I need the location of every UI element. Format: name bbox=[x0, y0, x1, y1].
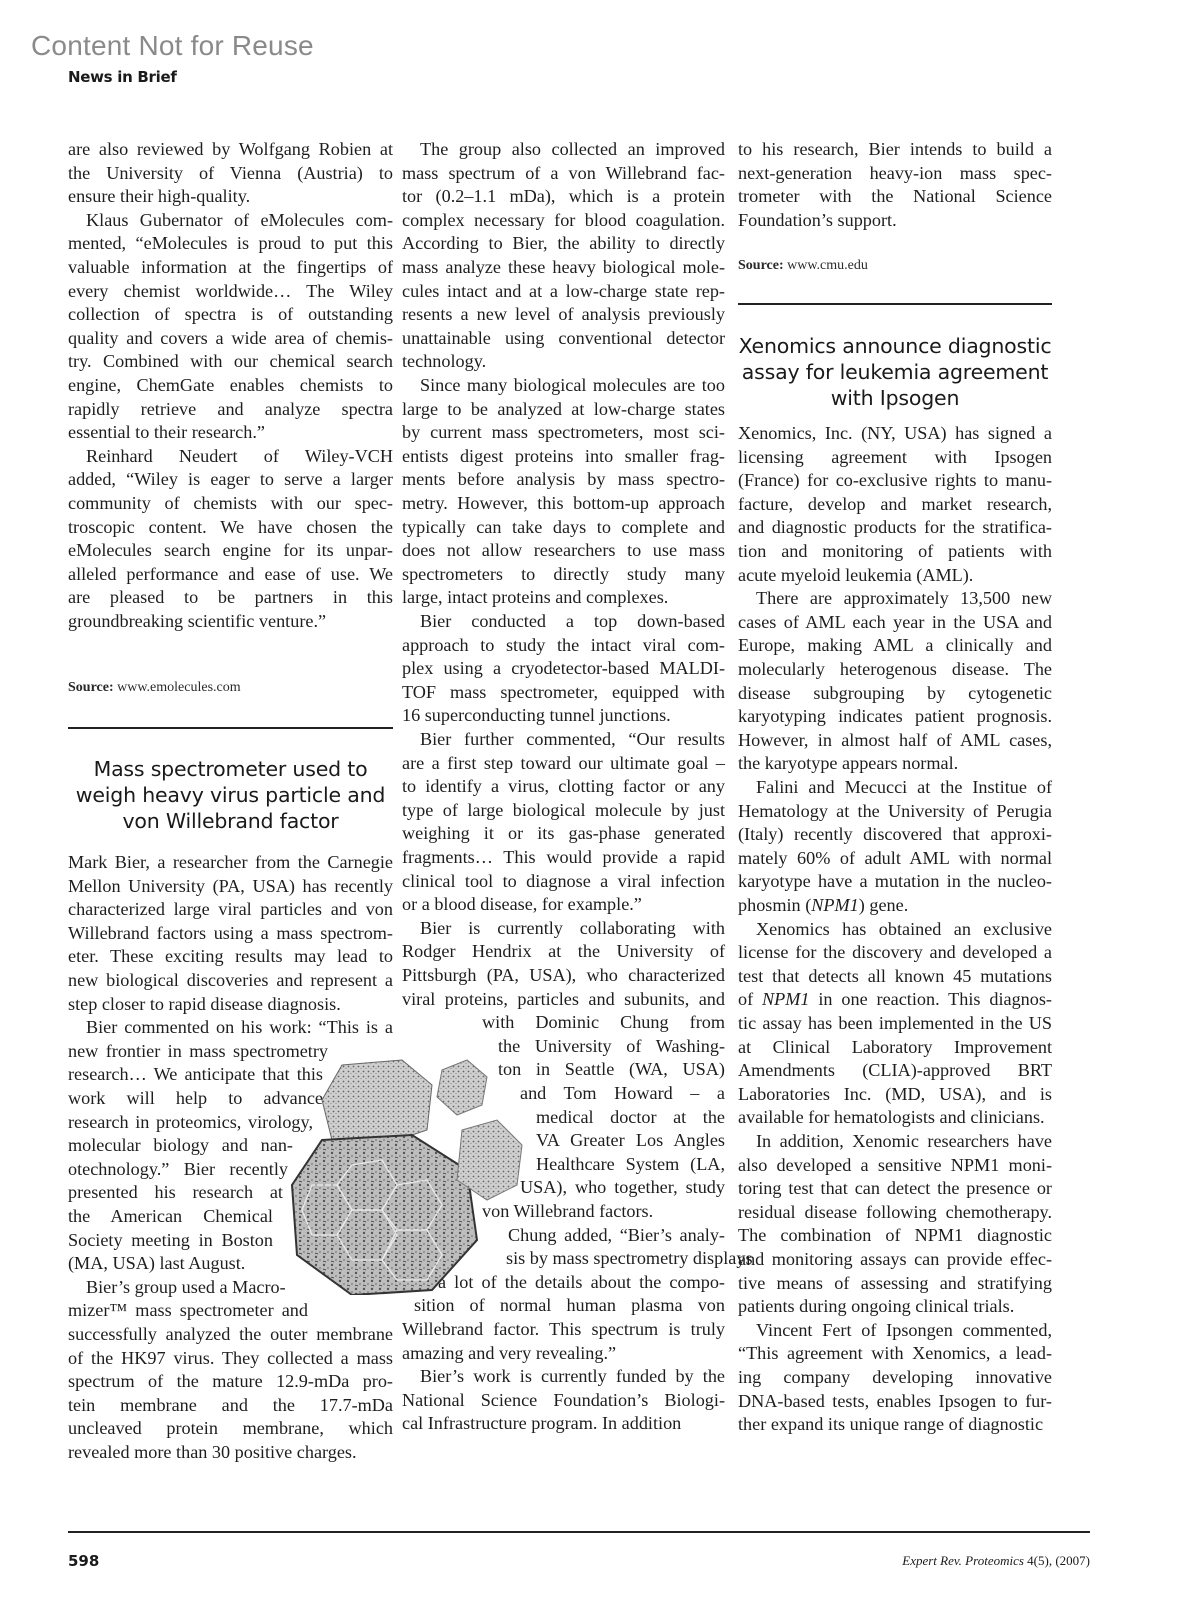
text-line: The group also collected an improved bbox=[420, 137, 725, 161]
text-line: Vincent Fert of Ipsongen commented, bbox=[756, 1318, 1052, 1342]
text-line: tein membrane and the 17.7-mDa bbox=[68, 1393, 393, 1417]
text-line: Since many biological molecules are too bbox=[420, 373, 725, 397]
text-line: large to be analyzed at low-charge state… bbox=[402, 397, 725, 421]
text-line: VA Greater Los Angles bbox=[536, 1128, 725, 1152]
text-line: (Italy) recently discovered that approxi… bbox=[738, 822, 1052, 846]
text-line: eMolecules search engine for its unpar- bbox=[68, 538, 393, 562]
text-line: Europe, making AML a clinically and bbox=[738, 633, 1052, 657]
text-line: every chemist worldwide… The Wiley bbox=[68, 279, 393, 303]
text-line: sition of normal human plasma von bbox=[414, 1293, 725, 1317]
virus-particles-illustration bbox=[282, 1055, 537, 1295]
text-line: tic assay has been implemented in the US bbox=[738, 1011, 1052, 1035]
divider bbox=[68, 727, 393, 729]
journal-citation: Expert Rev. Proteomics 4(5), (2007) bbox=[902, 1553, 1090, 1569]
text-line: and monitoring assays can provide effec- bbox=[738, 1247, 1052, 1271]
text-line: ton in Seattle (WA, USA) bbox=[498, 1057, 725, 1081]
text-line: viral proteins, particles and subunits, … bbox=[402, 987, 725, 1011]
text-line: resents a new level of analysis previous… bbox=[402, 302, 725, 326]
page-number: 598 bbox=[68, 1552, 99, 1570]
text-line: community of chemists with our spec- bbox=[68, 491, 393, 515]
text-line: are pleased to be partners in this bbox=[68, 585, 393, 609]
text-line: uncleaved protein membrane, which bbox=[68, 1416, 393, 1440]
text-line: essential to their research.” bbox=[68, 420, 393, 444]
text-line: TOF mass spectrometer, equipped with bbox=[402, 680, 725, 704]
text-line: Laboratories Inc. (MD, USA), and is bbox=[738, 1082, 1052, 1106]
text-line: try. Combined with our chemical search bbox=[68, 349, 393, 373]
text-line: available for hematologists and clinicia… bbox=[738, 1105, 1052, 1129]
text-line: with Dominic Chung from bbox=[482, 1010, 725, 1034]
text-line: quality and covers a wide area of chemis… bbox=[68, 326, 393, 350]
text-line: tive means of assessing and stratifying bbox=[738, 1271, 1052, 1295]
text-line: engine, ChemGate enables chemists to bbox=[68, 373, 393, 397]
headline-line: Xenomics announce diagnostic bbox=[738, 333, 1052, 359]
text-line: molecularly heterogenous disease. The bbox=[738, 657, 1052, 681]
text-line: cases of AML each year in the USA and bbox=[738, 610, 1052, 634]
text-line: type of large biological molecule by jus… bbox=[402, 798, 725, 822]
text-line: plex using a cryodetector-based MALDI- bbox=[402, 656, 725, 680]
text-line: toring test that can detect the presence… bbox=[738, 1176, 1052, 1200]
text-line: DNA-based tests, enables Ipsogen to fur- bbox=[738, 1389, 1052, 1413]
text-line: (France) for co-exclusive rights to manu… bbox=[738, 468, 1052, 492]
headline-line: Mass spectrometer used to bbox=[68, 756, 393, 782]
headline-line: weigh heavy virus particle and bbox=[68, 782, 393, 808]
text-line: Xenomics, Inc. (NY, USA) has signed a bbox=[738, 421, 1052, 445]
text-line: added, “Wiley is eager to serve a larger bbox=[68, 467, 393, 491]
text-line: the University of Vienna (Austria) to bbox=[68, 161, 393, 185]
text-line: However, in almost half of AML cases, bbox=[738, 728, 1052, 752]
text-line: and diagnostic products for the stratifi… bbox=[738, 515, 1052, 539]
text-line: Rodger Hendrix at the University of bbox=[402, 939, 725, 963]
text-line: cules intact and at a low-charge state r… bbox=[402, 279, 725, 303]
text-line: Healthcare System (LA, bbox=[536, 1152, 725, 1176]
text-line: rapidly retrieve and analyze spectra bbox=[68, 397, 393, 421]
divider bbox=[738, 303, 1052, 305]
text-line: von Willebrand factors. bbox=[482, 1199, 725, 1223]
source-link[interactable]: www.emolecules.com bbox=[117, 680, 241, 695]
source-link[interactable]: www.cmu.edu bbox=[787, 258, 868, 273]
text-line: research in proteomics, virology, bbox=[68, 1110, 313, 1134]
text-line: spectrometers to directly study many bbox=[402, 562, 725, 586]
text-line: tion and monitoring of patients with bbox=[738, 539, 1052, 563]
text-line: residual disease following chemotherapy. bbox=[738, 1200, 1052, 1224]
text-line: Falini and Mecucci at the Institue of bbox=[756, 775, 1052, 799]
text-line: 16 superconducting tunnel junctions. bbox=[402, 703, 725, 727]
text-line: weighing it or its gas-phase generated bbox=[402, 821, 725, 845]
text-line: Mark Bier, a researcher from the Carnegi… bbox=[68, 850, 393, 874]
text-line: spectrum of the mature 12.9-mDa pro- bbox=[68, 1369, 393, 1393]
text-line: are a first step toward our ultimate goa… bbox=[402, 751, 725, 775]
text-line: otechnology.” Bier recently bbox=[68, 1157, 288, 1181]
text-line: a lot of the details about the compo- bbox=[438, 1270, 725, 1294]
text-line: cal Infrastructure program. In addition bbox=[402, 1411, 725, 1435]
text-line: Pittsburgh (PA, USA), who characterized bbox=[402, 963, 725, 987]
text-line: at Clinical Laboratory Improvement bbox=[738, 1035, 1052, 1059]
text-line: troscopic content. We have chosen the bbox=[68, 515, 393, 539]
text-line: Amendments (CLIA)-approved BRT bbox=[738, 1058, 1052, 1082]
text-line: amazing and very revealing.” bbox=[402, 1341, 725, 1365]
text-line: technology. bbox=[402, 349, 725, 373]
text-line: The combination of NPM1 diagnostic bbox=[738, 1223, 1052, 1247]
text-line: karyotyping indicates patient prognosis. bbox=[738, 704, 1052, 728]
text-line: Foundation’s support. bbox=[738, 208, 1052, 232]
text-line: and Tom Howard – a bbox=[520, 1081, 725, 1105]
text-line: Klaus Gubernator of eMolecules com- bbox=[86, 208, 393, 232]
source-label: Source: bbox=[68, 680, 114, 695]
text-line: typically can take days to complete and bbox=[402, 515, 725, 539]
text-line: acute myeloid leukemia (AML). bbox=[738, 563, 1052, 587]
text-line: complex necessary for blood coagulation. bbox=[402, 208, 725, 232]
text-line: unattainable using conventional detector bbox=[402, 326, 725, 350]
text-line: molecular biology and nan- bbox=[68, 1133, 293, 1157]
text-line: revealed more than 30 positive charges. bbox=[68, 1440, 393, 1464]
text-line: There are approximately 13,500 new bbox=[756, 586, 1052, 610]
text-line: the American Chemical bbox=[68, 1204, 273, 1228]
text-line: mass analyze these heavy biological mole… bbox=[402, 255, 725, 279]
source-emolecules: Source: www.emolecules.com bbox=[68, 680, 241, 696]
text-line: entists digest proteins into smaller fra… bbox=[402, 444, 725, 468]
text-line: new biological discoveries and represent… bbox=[68, 968, 393, 992]
text-line: or a blood disease, for example.” bbox=[402, 892, 725, 916]
text-line: karyotype have a mutation in the nucleo- bbox=[738, 869, 1052, 893]
text-line: National Science Foundation’s Biologi- bbox=[402, 1388, 725, 1412]
source-cmu: Source: www.cmu.edu bbox=[738, 258, 868, 274]
watermark: Content Not for Reuse bbox=[31, 30, 314, 62]
text-line: (MA, USA) last August. bbox=[68, 1251, 283, 1275]
text-line: license for the discovery and developed … bbox=[738, 940, 1052, 964]
section-label: News in Brief bbox=[68, 68, 177, 86]
headline-line: assay for leukemia agreement bbox=[738, 359, 1052, 385]
text-line: mass spectrum of a von Willebrand fac- bbox=[402, 161, 725, 185]
text-line: of NPM1 in one reaction. This diagnos- bbox=[738, 987, 1052, 1011]
text-line: Chung added, “Bier’s analy- bbox=[508, 1223, 725, 1247]
headline-line: with Ipsogen bbox=[738, 385, 1052, 411]
text-line: tor (0.2–1.1 mDa), which is a protein bbox=[402, 184, 725, 208]
text-line: by current mass spectrometers, most sci- bbox=[402, 420, 725, 444]
text-line: step closer to rapid disease diagnosis. bbox=[68, 992, 393, 1016]
text-line: USA), who together, study bbox=[520, 1175, 725, 1199]
text-line: According to Bier, the ability to direct… bbox=[402, 231, 725, 255]
text-line: next-generation heavy-ion mass spec- bbox=[738, 161, 1052, 185]
text-line: mately 60% of adult AML with normal bbox=[738, 846, 1052, 870]
text-line: does not allow researchers to use mass bbox=[402, 538, 725, 562]
text-line: trometer with the National Science bbox=[738, 184, 1052, 208]
text-line: collection of spectra is of outstanding bbox=[68, 302, 393, 326]
text-line: Willebrand factor. This spectrum is trul… bbox=[402, 1317, 725, 1341]
text-line: ensure their high-quality. bbox=[68, 184, 393, 208]
gene-name: NPM1 bbox=[762, 989, 810, 1009]
text-line: mizer™ mass spectrometer and bbox=[68, 1298, 308, 1322]
text-line: In addition, Xenomic researchers have bbox=[756, 1129, 1052, 1153]
text-line: approach to study the intact viral com- bbox=[402, 633, 725, 657]
text-line: of the HK97 virus. They collected a mass bbox=[68, 1346, 393, 1370]
text-line: test that detects all known 45 mutations bbox=[738, 964, 1052, 988]
text-line: sis by mass spectrometry displays bbox=[506, 1246, 725, 1270]
text-line: mented, “eMolecules is proud to put this bbox=[68, 231, 393, 255]
text-line: Bier’s work is currently funded by the bbox=[420, 1364, 725, 1388]
text-line: Mellon University (PA, USA) has recently bbox=[68, 874, 393, 898]
text-line: valuable information at the fingertips o… bbox=[68, 255, 393, 279]
text-line: Hematology at the University of Perugia bbox=[738, 799, 1052, 823]
text-line: medical doctor at the bbox=[536, 1105, 725, 1129]
text-line: ing company developing innovative bbox=[738, 1365, 1052, 1389]
text-line: Willebrand factors using a mass spectrom… bbox=[68, 921, 393, 945]
text-line: fragments… This would provide a rapid bbox=[402, 845, 725, 869]
text-line: alleled performance and ease of use. We bbox=[68, 562, 393, 586]
text-line: are also reviewed by Wolfgang Robien at bbox=[68, 137, 393, 161]
text-line: to his research, Bier intends to build a bbox=[738, 137, 1052, 161]
text-line: Bier further commented, “Our results bbox=[420, 727, 725, 751]
text-line: also developed a sensitive NPM1 moni- bbox=[738, 1153, 1052, 1177]
text-line: to identify a virus, clotting factor or … bbox=[402, 774, 725, 798]
text-line: the karyotype appears normal. bbox=[738, 751, 1052, 775]
text-line: Bier commented on his work: “This is a bbox=[86, 1015, 393, 1039]
text-line: groundbreaking scientific venture.” bbox=[68, 609, 393, 633]
source-label: Source: bbox=[738, 258, 784, 273]
article-headline-mass-spectrometer: Mass spectrometer used toweigh heavy vir… bbox=[68, 756, 393, 834]
text-line: “This agreement with Xenomics, a lead- bbox=[738, 1341, 1052, 1365]
headline-line: von Willebrand factor bbox=[68, 808, 393, 834]
journal-name: Expert Rev. Proteomics bbox=[902, 1553, 1024, 1568]
text-line: Society meeting in Boston bbox=[68, 1228, 273, 1252]
text-line: clinical tool to diagnose a viral infect… bbox=[402, 869, 725, 893]
text-line: Xenomics has obtained an exclusive bbox=[756, 917, 1052, 941]
text-line: Reinhard Neudert of Wiley-VCH bbox=[86, 444, 393, 468]
text-line: large, intact proteins and complexes. bbox=[402, 585, 725, 609]
text-line: Bier conducted a top down-based bbox=[420, 609, 725, 633]
text-line: presented his research at bbox=[68, 1180, 283, 1204]
journal-issue: 4(5), (2007) bbox=[1024, 1553, 1090, 1568]
article-headline-xenomics: Xenomics announce diagnosticassay for le… bbox=[738, 333, 1052, 411]
text-line: Bier is currently collaborating with bbox=[420, 916, 725, 940]
text-line: characterized large viral particles and … bbox=[68, 897, 393, 921]
text-line: the University of Washing- bbox=[498, 1034, 725, 1058]
text-line: disease subgrouping by cytogenetic bbox=[738, 681, 1052, 705]
text-line: ther expand its unique range of diagnost… bbox=[738, 1412, 1052, 1436]
text-line: patients during ongoing clinical trials. bbox=[738, 1294, 1052, 1318]
text-line: phosmin (NPM1) gene. bbox=[738, 893, 1052, 917]
text-line: licensing agreement with Ipsogen bbox=[738, 445, 1052, 469]
text-line: successfully analyzed the outer membrane bbox=[68, 1322, 393, 1346]
text-line: metry. However, this bottom-up approach bbox=[402, 491, 725, 515]
text-line: facture, develop and market research, bbox=[738, 492, 1052, 516]
text-line: eter. These exciting results may lead to bbox=[68, 944, 393, 968]
footer-divider bbox=[68, 1531, 1090, 1533]
gene-name: NPM1 bbox=[811, 895, 859, 915]
text-line: ments before analysis by mass spectro- bbox=[402, 467, 725, 491]
text-line: Bier’s group used a Macro- bbox=[86, 1275, 283, 1299]
